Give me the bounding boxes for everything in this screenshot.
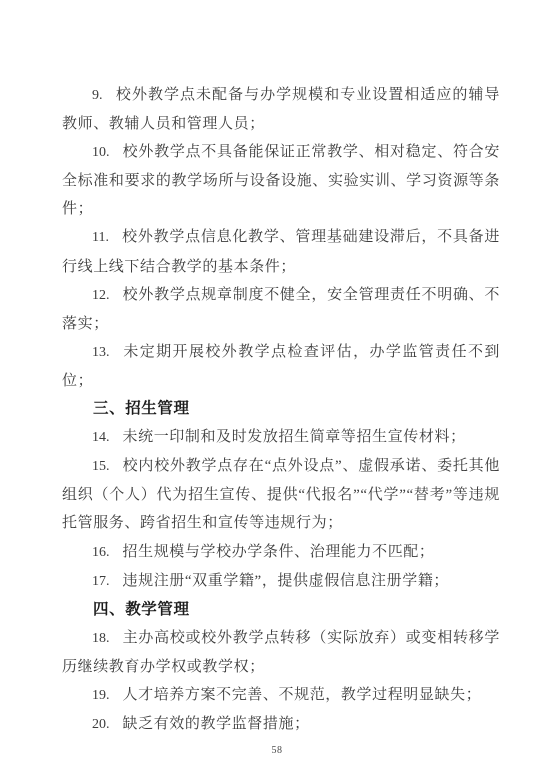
numbered-list-item: 18.主办高校或校外教学点转移（实际放弃）或变相转移学历继续教育办学权或教学权； [62, 624, 500, 681]
numbered-list-item: 15.校内校外教学点存在“点外设点”、虚假承诺、委托其他组织（个人）代为招生宣传… [62, 452, 500, 537]
item-text: 人才培养方案不完善、不规范，教学过程明显缺失； [123, 687, 482, 703]
item-number: 17. [92, 574, 110, 589]
document-page: 9.校外教学点未配备与办学规模和专业设置相适应的辅导教师、教辅人员和管理人员；1… [0, 0, 554, 783]
item-text: 违规注册“双重学籍”，提供虚假信息注册学籍； [123, 573, 450, 589]
item-text: 校外教学点信息化教学、管理基础建设滞后，不具备进行线上线下结合教学的基本条件； [62, 229, 500, 274]
section-heading: 三、招生管理 [62, 395, 500, 423]
page-number: 58 [0, 745, 554, 756]
item-number: 13. [92, 345, 110, 360]
item-text: 主办高校或校外教学点转移（实际放弃）或变相转移学历继续教育办学权或教学权； [62, 630, 500, 675]
numbered-list-item: 20.缺乏有效的教学监督措施； [62, 710, 500, 739]
numbered-list-item: 12.校外教学点规章制度不健全，安全管理责任不明确、不落实； [62, 281, 500, 338]
item-number: 11. [92, 230, 109, 245]
item-number: 19. [92, 688, 110, 703]
item-text: 未统一印制和及时发放招生简章等招生宣传材料； [123, 429, 466, 445]
item-number: 16. [92, 545, 110, 560]
item-text: 校外教学点未配备与办学规模和专业设置相适应的辅导教师、教辅人员和管理人员； [62, 87, 500, 132]
numbered-list-item: 9.校外教学点未配备与办学规模和专业设置相适应的辅导教师、教辅人员和管理人员； [62, 81, 500, 138]
item-text: 校外教学点规章制度不健全，安全管理责任不明确、不落实； [62, 287, 500, 332]
numbered-list-item: 17.违规注册“双重学籍”，提供虚假信息注册学籍； [62, 567, 500, 596]
document-body: 9.校外教学点未配备与办学规模和专业设置相适应的辅导教师、教辅人员和管理人员；1… [62, 0, 500, 739]
section-heading: 四、教学管理 [62, 596, 500, 624]
item-text: 未定期开展校外教学点检查评估，办学监管责任不到位； [62, 344, 500, 389]
item-text: 校外教学点不具备能保证正常教学、相对稳定、符合安全标准和要求的教学场所与设备设施… [62, 144, 500, 217]
numbered-list-item: 19.人才培养方案不完善、不规范，教学过程明显缺失； [62, 681, 500, 710]
numbered-list-item: 16.招生规模与学校办学条件、治理能力不匹配； [62, 538, 500, 567]
numbered-list-item: 13.未定期开展校外教学点检查评估，办学监管责任不到位； [62, 338, 500, 395]
item-number: 18. [92, 631, 110, 646]
item-number: 14. [92, 430, 110, 445]
item-number: 9. [92, 88, 103, 103]
item-number: 12. [92, 288, 110, 303]
item-text: 缺乏有效的教学监督措施； [123, 716, 310, 732]
item-text: 招生规模与学校办学条件、治理能力不匹配； [123, 544, 435, 560]
item-number: 20. [92, 717, 110, 732]
numbered-list-item: 10.校外教学点不具备能保证正常教学、相对稳定、符合安全标准和要求的教学场所与设… [62, 138, 500, 223]
item-number: 15. [92, 459, 110, 474]
numbered-list-item: 14.未统一印制和及时发放招生简章等招生宣传材料； [62, 423, 500, 452]
item-number: 10. [92, 145, 110, 160]
numbered-list-item: 11.校外教学点信息化教学、管理基础建设滞后，不具备进行线上线下结合教学的基本条… [62, 223, 500, 280]
item-text: 校内校外教学点存在“点外设点”、虚假承诺、委托其他组织（个人）代为招生宣传、提供… [62, 458, 500, 531]
